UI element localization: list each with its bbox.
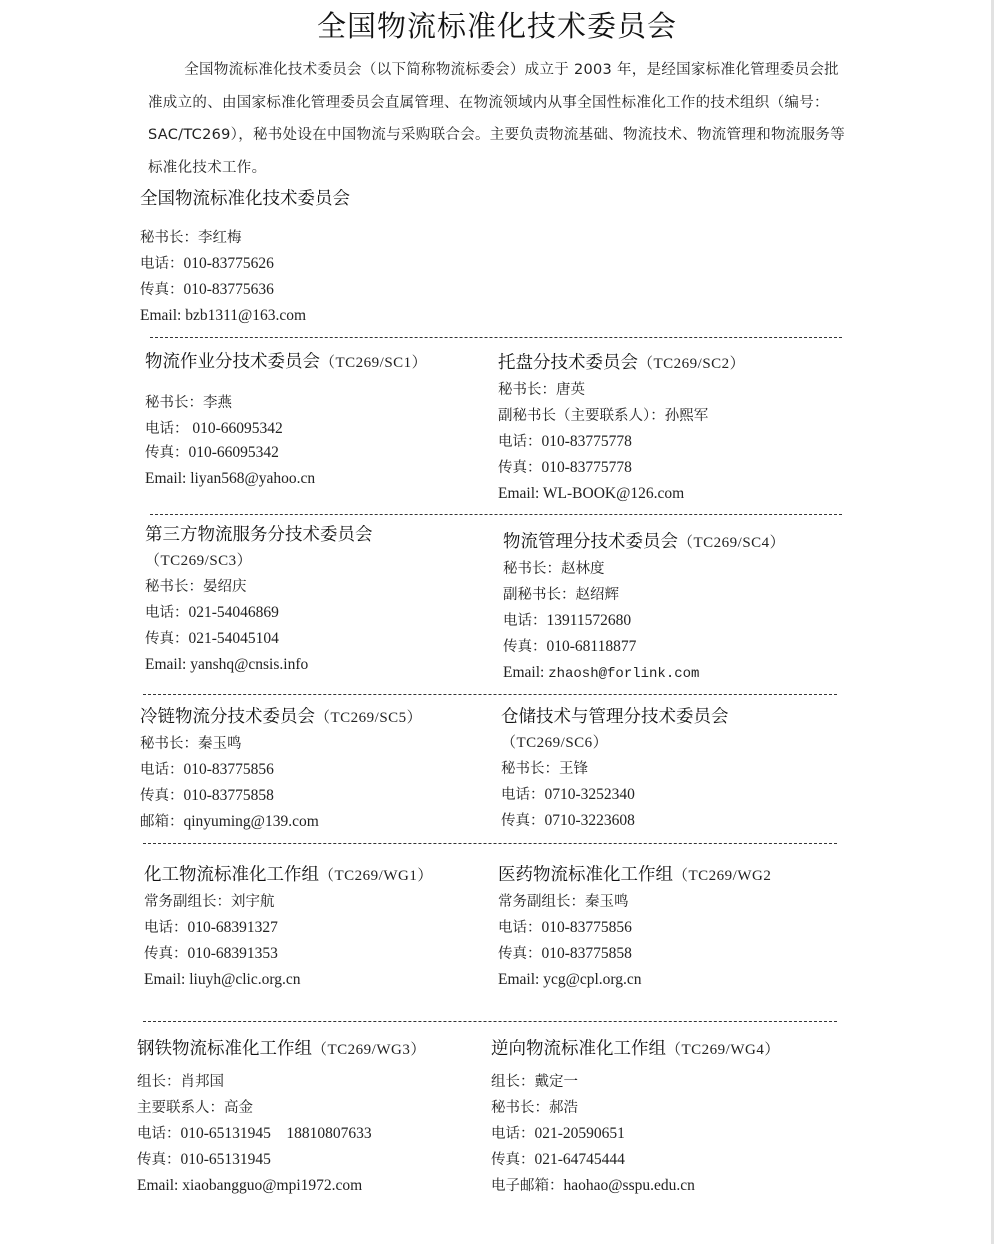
fax-line: 传真：010-68391353: [144, 941, 433, 967]
fax-line: 传真：010-83775778: [498, 455, 745, 481]
value: 010-83775626: [184, 255, 274, 272]
committee-sc2: 托盘分技术委员会（TC269/SC2） 秘书长：唐英 副秘书长（主要联系人）：孙…: [498, 350, 745, 507]
divider: [150, 337, 842, 338]
value: 010-83775636: [184, 281, 274, 298]
email-line: Email: liyan568@yahoo.cn: [145, 466, 427, 492]
email-line: Email: yanshq@cnsis.info: [145, 652, 373, 678]
committee-code: （TC269/WG4）: [666, 1042, 780, 1058]
fax-line: 传真：010-83775636: [140, 277, 350, 303]
email-line: Email: zhaosh@forlink.com: [503, 660, 785, 687]
label: 秘书长：: [140, 230, 198, 246]
page-title: 全国物流标准化技术委员会: [0, 6, 994, 46]
committee-code: （TC269/WG1）: [319, 868, 433, 884]
email-line: 邮箱：qinyuming@139.com: [140, 809, 422, 835]
committee-name: 第三方物流服务分技术委员会: [145, 522, 373, 548]
value: 李红梅: [198, 230, 242, 246]
phone-line: 电话：010-83775856: [140, 757, 422, 783]
email-line: Email: bzb1311@163.com: [140, 303, 350, 329]
phone-line: 电话：010-68391327: [144, 915, 433, 941]
executive-deputy-leader-line: 常务副组长：刘宇航: [144, 889, 433, 915]
secretary-general-line: 秘书长：秦玉鸣: [140, 731, 422, 757]
intro-paragraph: 全国物流标准化技术委员会（以下简称物流标委会）成立于 2003 年，是经国家标准…: [148, 54, 848, 184]
secretary-general-line: 秘书长：赵林度: [503, 556, 785, 582]
workgroup-wg4: 逆向物流标准化工作组（TC269/WG4） 组长：戴定一 秘书长：郝浩 电话：0…: [491, 1036, 780, 1199]
divider: [143, 1021, 837, 1022]
phone-line: 电话：010-83775626: [140, 251, 350, 277]
fax-line: 传真：021-54045104: [145, 626, 373, 652]
email-link[interactable]: qinyuming@139.com: [184, 813, 319, 830]
divider: [143, 843, 837, 844]
committee-name: 物流管理分技术委员会（TC269/SC4）: [503, 529, 785, 556]
committee-code: （TC269/SC1）: [320, 355, 427, 371]
fax-line: 传真：010-68118877: [503, 634, 785, 660]
main-committee-name: 全国物流标准化技术委员会: [140, 186, 350, 212]
email-link[interactable]: ycg@cpl.org.cn: [543, 971, 641, 988]
fax-line: 传真：010-66095342: [145, 440, 427, 466]
label: 传真：: [140, 282, 184, 298]
phone-line: 电话：010-83775856: [498, 915, 771, 941]
workgroup-wg3: 钢铁物流标准化工作组（TC269/WG3） 组长：肖邦国 主要联系人：高金 电话…: [137, 1036, 426, 1199]
fax-line: 传真：010-83775858: [498, 941, 771, 967]
workgroup-wg2: 医药物流标准化工作组（TC269/WG2 常务副组长：秦玉鸣 电话：010-83…: [498, 862, 771, 993]
secretary-general-line: 秘书长：李燕: [145, 390, 427, 416]
deputy-secretary-line: 副秘书长：赵绍辉: [503, 582, 785, 608]
committee-code: （TC269/SC4）: [678, 535, 785, 551]
email-line: Email: ycg@cpl.org.cn: [498, 967, 771, 993]
committee-name: 托盘分技术委员会（TC269/SC2）: [498, 350, 745, 377]
group-leader-line: 组长：肖邦国: [137, 1069, 426, 1095]
committee-name: 钢铁物流标准化工作组（TC269/WG3）: [137, 1036, 426, 1063]
committee-code: （TC269/SC2）: [638, 356, 745, 372]
committee-code: （TC269/WG2: [673, 868, 771, 884]
committee-name: 冷链物流分技术委员会（TC269/SC5）: [140, 704, 422, 731]
label: Email:: [140, 307, 185, 324]
committee-code: （TC269/SC5）: [315, 710, 422, 726]
main-committee-block: 全国物流标准化技术委员会 秘书长：李红梅 电话：010-83775626 传真：…: [140, 186, 350, 329]
email-line: Email: liuyh@clic.org.cn: [144, 967, 433, 993]
committee-sc5: 冷链物流分技术委员会（TC269/SC5） 秘书长：秦玉鸣 电话：010-837…: [140, 704, 422, 835]
committee-name: 仓储技术与管理分技术委员会: [501, 704, 729, 730]
committee-name: 医药物流标准化工作组（TC269/WG2: [498, 862, 771, 889]
secretary-general-line: 秘书长：郝浩: [491, 1095, 780, 1121]
email-link[interactable]: yanshq@cnsis.info: [190, 656, 308, 673]
email-link[interactable]: haohao@sspu.edu.cn: [564, 1177, 695, 1194]
committee-name: 化工物流标准化工作组（TC269/WG1）: [144, 862, 433, 889]
deputy-secretary-line: 副秘书长（主要联系人）：孙熙军: [498, 403, 745, 429]
secretary-general-line: 秘书长：王锋: [501, 756, 729, 782]
group-leader-line: 组长：戴定一: [491, 1069, 780, 1095]
email-link[interactable]: xiaobangguo@mpi1972.com: [182, 1177, 362, 1194]
email-link[interactable]: liuyh@clic.org.cn: [189, 971, 300, 988]
workgroup-wg1: 化工物流标准化工作组（TC269/WG1） 常务副组长：刘宇航 电话：010-6…: [144, 862, 433, 993]
email-line: 电子邮箱：haohao@sspu.edu.cn: [491, 1173, 780, 1199]
phone-line: 电话：021-54046869: [145, 600, 373, 626]
phone-line: 电话：13911572680: [503, 608, 785, 634]
committee-code: （TC269/SC3）: [145, 548, 373, 574]
fax-line: 传真：021-64745444: [491, 1147, 780, 1173]
divider: [143, 694, 837, 695]
email-link[interactable]: bzb1311@163.com: [185, 307, 306, 324]
committee-name: 物流作业分技术委员会（TC269/SC1）: [145, 349, 427, 376]
email-link[interactable]: zhaosh@forlink.com: [548, 666, 699, 682]
label: 电话：: [140, 256, 184, 272]
phone-line: 电话：021-20590651: [491, 1121, 780, 1147]
email-line: Email: xiaobangguo@mpi1972.com: [137, 1173, 426, 1199]
fax-line: 传真：0710-3223608: [501, 808, 729, 834]
phone-line: 电话：010-65131945 18810807633: [137, 1121, 426, 1147]
phone-line: 电话：0710-3252340: [501, 782, 729, 808]
committee-code: （TC269/SC6）: [501, 730, 729, 756]
email-line: Email: WL-BOOK@126.com: [498, 481, 745, 507]
fax-line: 传真：010-65131945: [137, 1147, 426, 1173]
email-link[interactable]: WL-BOOK@126.com: [543, 485, 684, 502]
phone-line: 电话：010-83775778: [498, 429, 745, 455]
main-contact-line: 主要联系人：高金: [137, 1095, 426, 1121]
divider: [150, 514, 842, 515]
committee-sc4: 物流管理分技术委员会（TC269/SC4） 秘书长：赵林度 副秘书长：赵绍辉 电…: [503, 529, 785, 687]
committee-sc1: 物流作业分技术委员会（TC269/SC1） 秘书长：李燕 电话： 010-660…: [145, 349, 427, 492]
secretary-general-line: 秘书长：唐英: [498, 377, 745, 403]
committee-sc6: 仓储技术与管理分技术委员会 （TC269/SC6） 秘书长：王锋 电话：0710…: [501, 704, 729, 834]
executive-deputy-leader-line: 常务副组长：秦玉鸣: [498, 889, 771, 915]
email-link[interactable]: liyan568@yahoo.cn: [190, 470, 315, 487]
phone-line: 电话： 010-66095342: [145, 416, 427, 442]
committee-sc3: 第三方物流服务分技术委员会 （TC269/SC3） 秘书长：晏绍庆 电话：021…: [145, 522, 373, 678]
committee-name: 逆向物流标准化工作组（TC269/WG4）: [491, 1036, 780, 1063]
secretary-general-line: 秘书长：李红梅: [140, 225, 350, 251]
committee-code: （TC269/WG3）: [312, 1042, 426, 1058]
secretary-general-line: 秘书长：晏绍庆: [145, 574, 373, 600]
fax-line: 传真：010-83775858: [140, 783, 422, 809]
